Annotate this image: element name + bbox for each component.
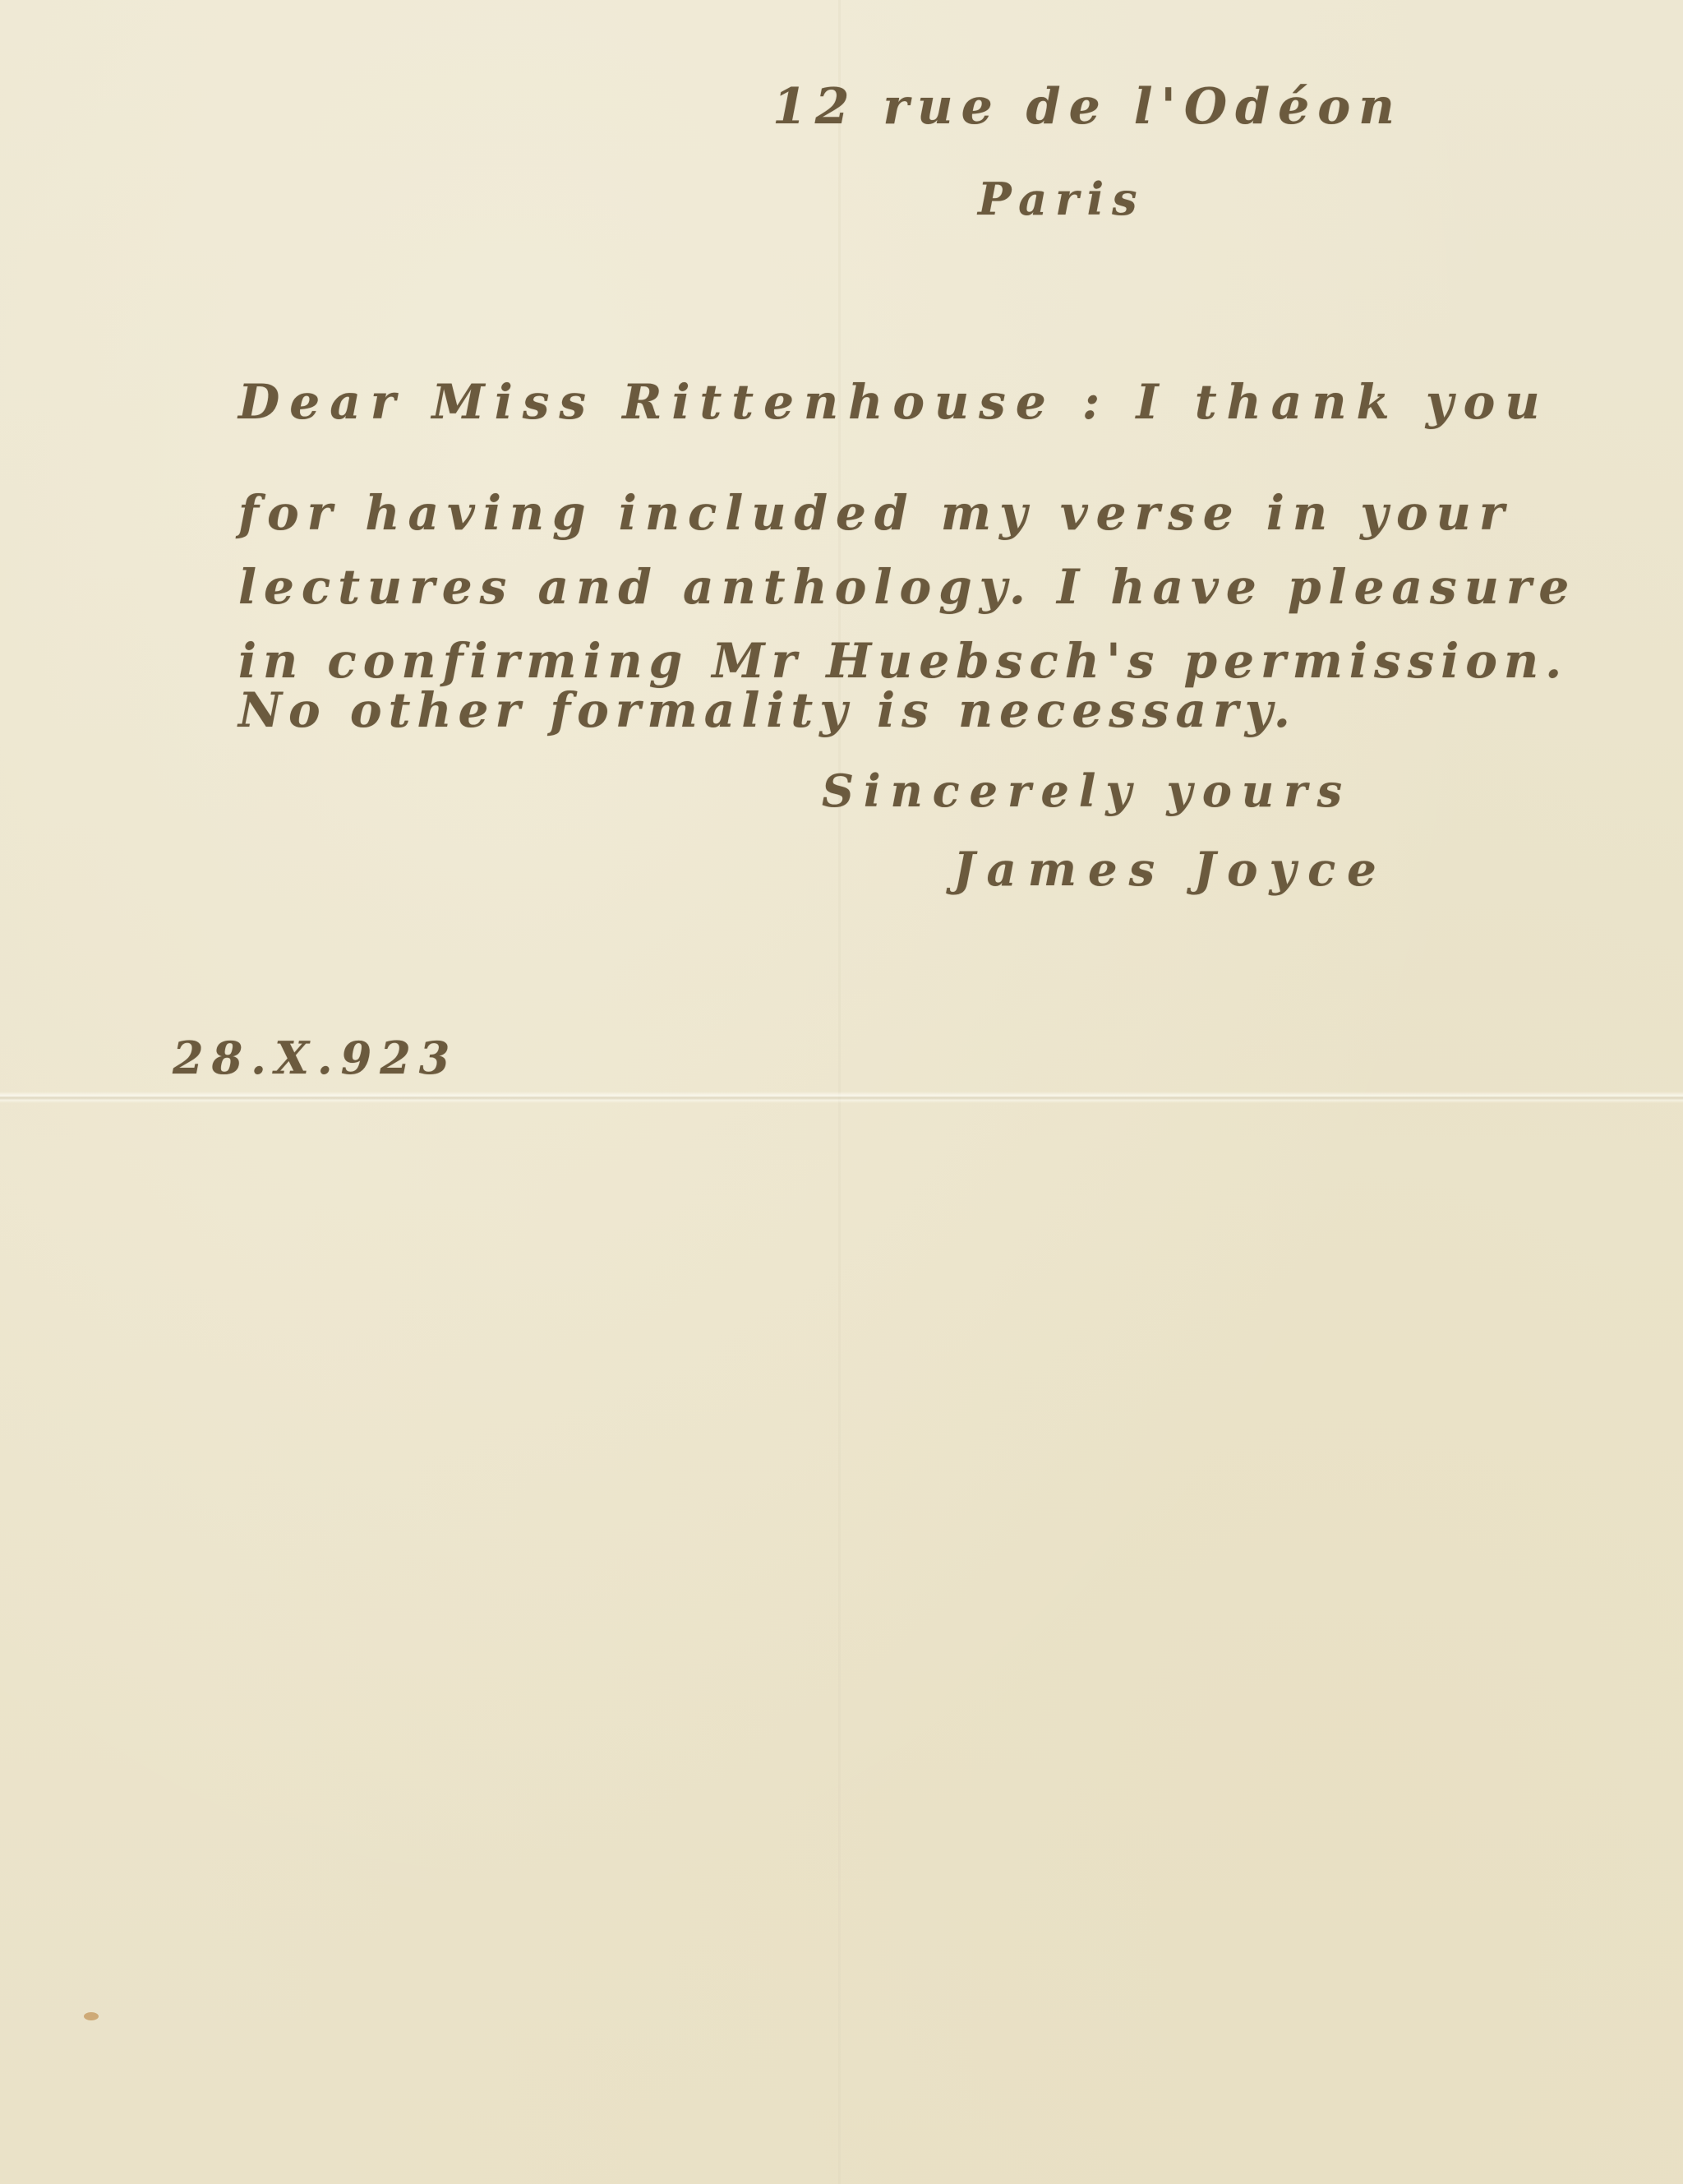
body-line-2: for having included my verse in your	[238, 485, 1512, 541]
closing: Sincerely yours	[822, 764, 1352, 817]
date: 28.X.923	[173, 1032, 458, 1084]
body-line-3: lectures and anthology. I have pleasure	[238, 559, 1576, 615]
fold-line	[0, 1092, 1683, 1103]
body-line-5: No other formality is necessary.	[238, 682, 1297, 738]
signature: James Joyce	[953, 843, 1388, 897]
body-line-1: Dear Miss Rittenhouse : I thank you	[238, 374, 1550, 430]
letter-page: 12 rue de l'Odéon Paris Dear Miss Ritten…	[0, 0, 1683, 2184]
address-city: Paris	[978, 173, 1146, 225]
body-line-4: in confirming Mr Huebsch's permission.	[238, 633, 1568, 689]
address-street: 12 rue de l'Odéon	[772, 78, 1403, 136]
ink-stain	[84, 2012, 99, 2020]
